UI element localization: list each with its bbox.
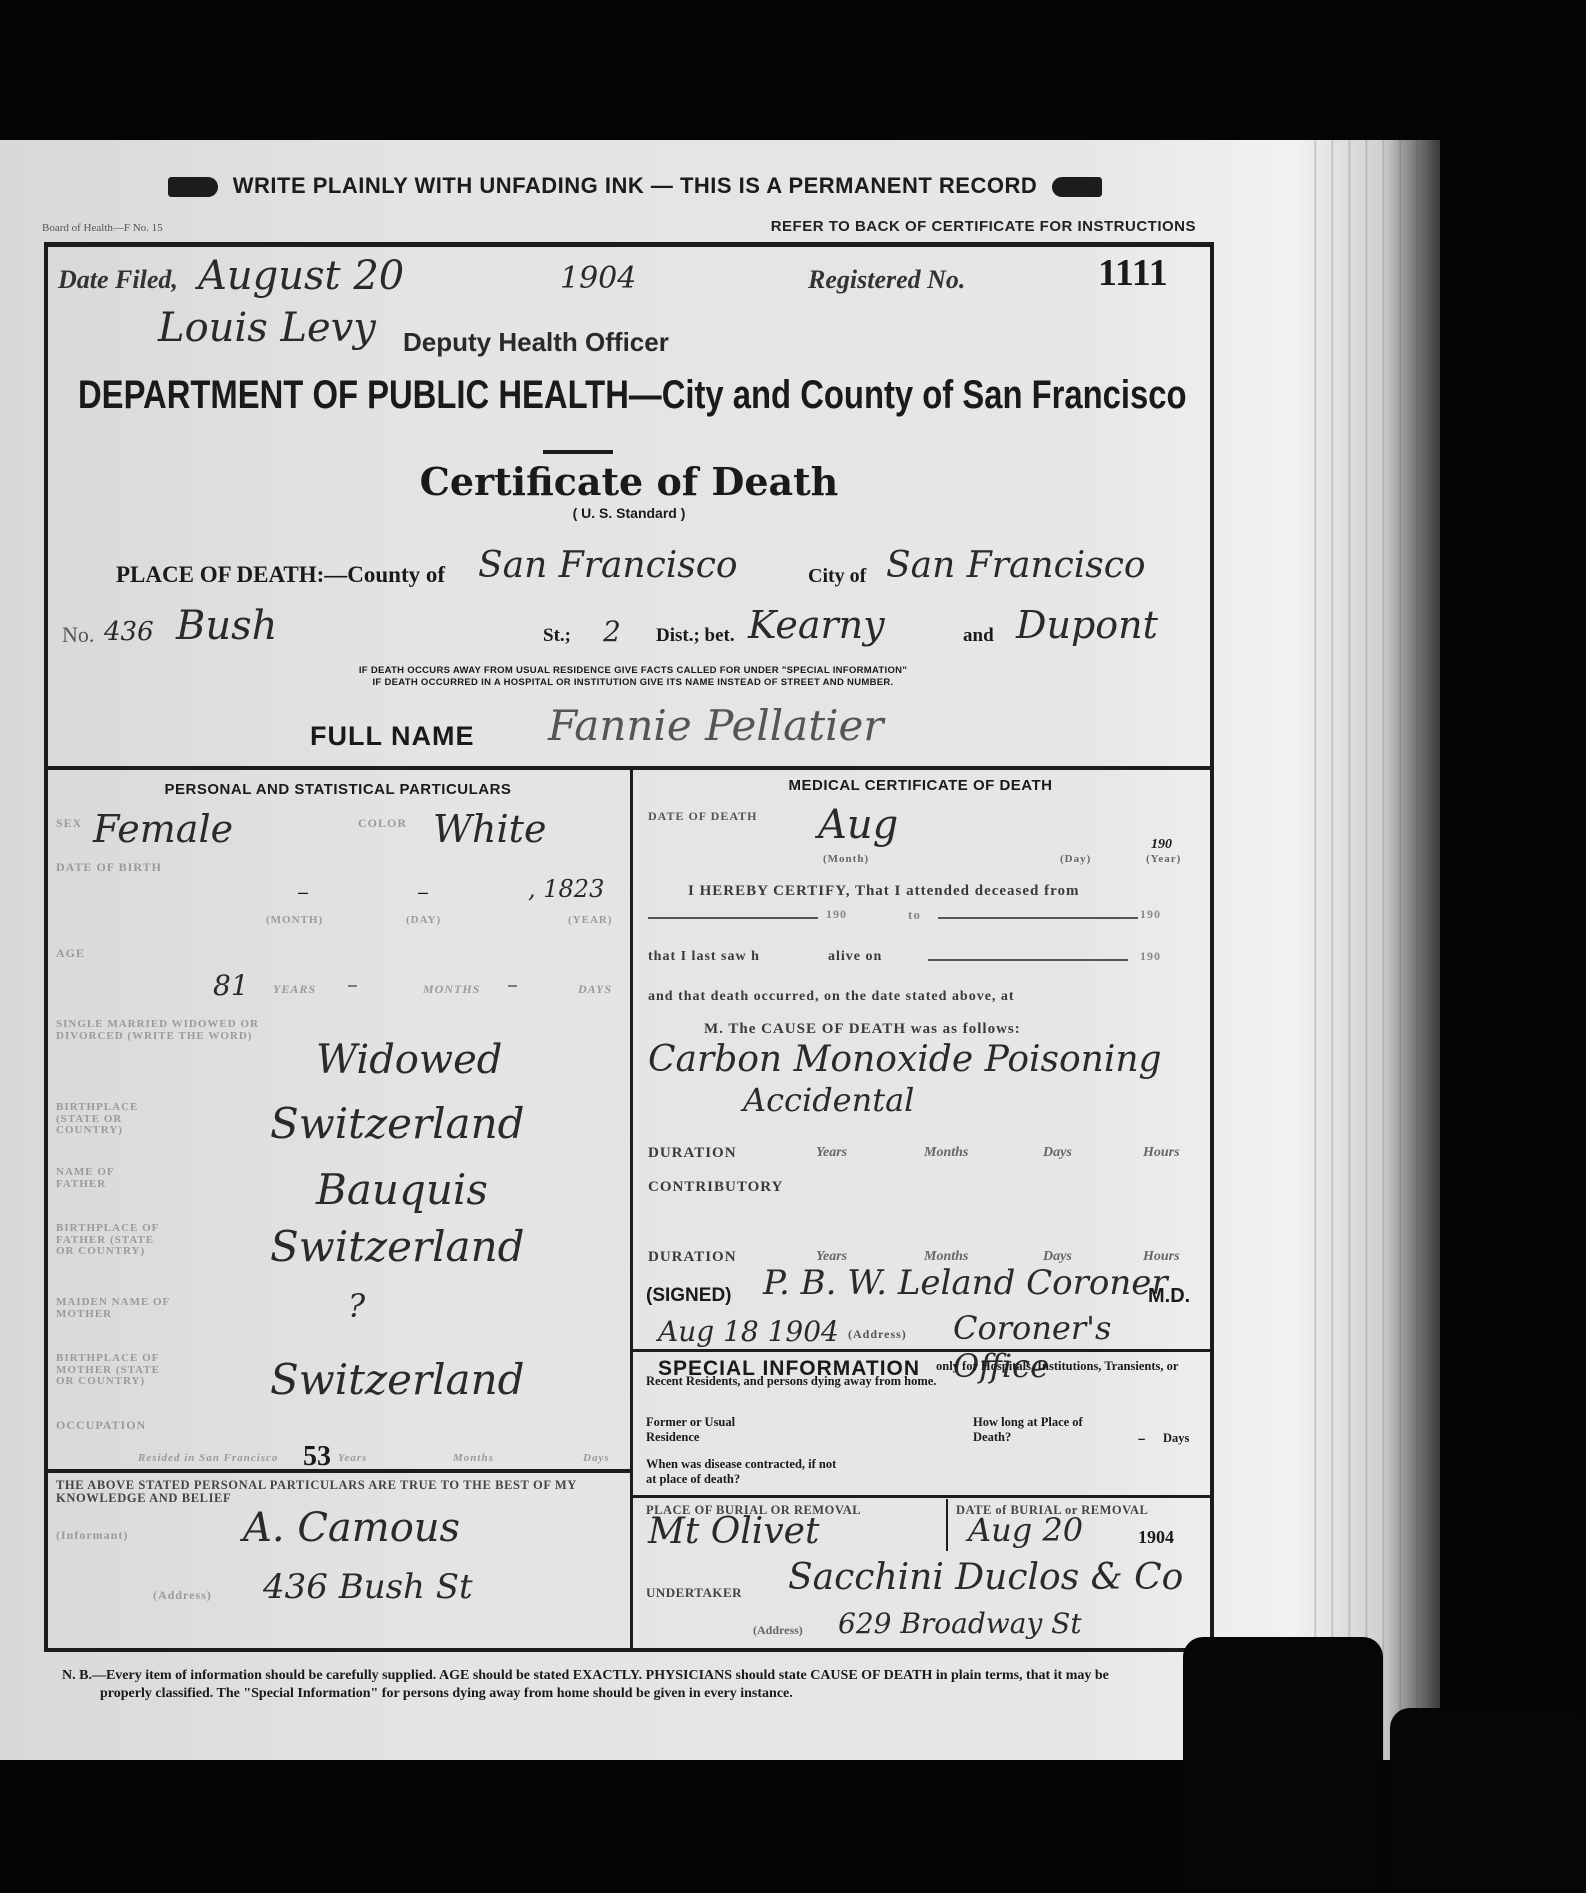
date-filed-label: Date Filed, bbox=[58, 265, 178, 295]
manner-of-death: Accidental bbox=[743, 1081, 914, 1119]
former-residence-label: Former or Usual Residence bbox=[646, 1415, 756, 1445]
special-divider bbox=[633, 1349, 1210, 1352]
informant-label: (Informant) bbox=[56, 1529, 128, 1542]
duration-days-label: Days bbox=[1043, 1145, 1072, 1161]
refer-instructions: REFER TO BACK OF CERTIFICATE FOR INSTRUC… bbox=[771, 218, 1196, 235]
county-value: San Francisco bbox=[478, 545, 738, 586]
father-name-value: Bauquis bbox=[316, 1165, 488, 1214]
age-months: – bbox=[348, 977, 357, 995]
marital-label: SINGLE MARRIED WIDOWED OR DIVORCED (Writ… bbox=[56, 1019, 276, 1042]
section-divider bbox=[48, 766, 1210, 770]
dist-label: Dist.; bet. bbox=[656, 625, 735, 647]
birthplace-label: BIRTHPLACE (State or Country) bbox=[56, 1102, 176, 1137]
age-days: – bbox=[508, 977, 517, 995]
sex-value: Female bbox=[93, 807, 233, 851]
signed-date: Aug 18 1904 bbox=[658, 1315, 839, 1348]
duration-label: DURATION bbox=[648, 1145, 737, 1162]
burial-year: 1904 bbox=[1138, 1527, 1174, 1548]
date-filed-year: 1904 bbox=[560, 261, 636, 296]
cause-of-death: Carbon Monoxide Poisoning bbox=[648, 1039, 1162, 1080]
age-months-label: Months bbox=[423, 983, 480, 996]
last-saw-label: that I last saw h bbox=[648, 949, 760, 965]
blank-line bbox=[928, 959, 1128, 961]
undertaker-name: Sacchini Duclos & Co bbox=[788, 1557, 1183, 1598]
burial-place: Mt Olivet bbox=[648, 1511, 819, 1552]
mother-maiden-value: ? bbox=[348, 1287, 365, 1325]
certificate-frame: Date Filed, August 20 1904 Registered No… bbox=[44, 242, 1214, 1652]
duration-hours-label: Hours bbox=[1143, 1145, 1180, 1161]
father-birthplace-label: BIRTHPLACE OF FATHER (State or Country) bbox=[56, 1223, 176, 1258]
divider bbox=[543, 450, 613, 454]
undertaker-label: UNDERTAKER bbox=[646, 1585, 742, 1601]
father-birthplace-value: Switzerland bbox=[270, 1222, 525, 1271]
between-street-2: Dupont bbox=[1016, 603, 1158, 647]
year-190-c: 190 bbox=[1140, 949, 1161, 964]
thumb-shadow bbox=[1390, 1708, 1586, 1893]
marital-value: Widowed bbox=[316, 1037, 502, 1083]
dob-day: – bbox=[418, 882, 428, 903]
dob-year: , 1823 bbox=[528, 875, 604, 903]
street-name: Bush bbox=[176, 603, 277, 649]
death-month: Aug bbox=[818, 802, 898, 848]
officer-title: Deputy Health Officer bbox=[403, 327, 669, 358]
father-name-label: NAME OF FATHER bbox=[56, 1167, 146, 1190]
color-label: COLOR bbox=[358, 817, 407, 830]
year-190-b: 190 bbox=[1140, 907, 1161, 922]
thumb-shadow bbox=[1183, 1637, 1383, 1893]
to-label: to bbox=[908, 907, 921, 923]
birthplace-value: Switzerland bbox=[270, 1099, 525, 1148]
street-no: 436 bbox=[104, 617, 154, 647]
year-190-a: 190 bbox=[826, 907, 847, 922]
informant-statement: THE ABOVE STATED PERSONAL PARTICULARS AR… bbox=[56, 1479, 616, 1505]
date-of-death-label: DATE OF DEATH bbox=[648, 809, 757, 824]
death-year-prefix: 190 bbox=[1151, 837, 1172, 853]
mother-birthplace-value: Switzerland bbox=[270, 1355, 525, 1404]
registered-no-label: Registered No. bbox=[808, 265, 965, 295]
pointing-hand-icon bbox=[168, 177, 218, 197]
permanent-record-notice: WRITE PLAINLY WITH UNFADING INK — THIS I… bbox=[95, 173, 1175, 199]
place-of-death-label: PLACE OF DEATH:—County of bbox=[116, 562, 445, 588]
certify-line: I HEREBY CERTIFY, That I attended deceas… bbox=[688, 883, 1080, 900]
certificate-title: Certificate of Death bbox=[48, 459, 1210, 504]
us-standard: ( U. S. Standard ) bbox=[48, 505, 1210, 521]
cause-label: M. The CAUSE OF DEATH was as follows: bbox=[704, 1021, 1021, 1038]
place-note: IF DEATH OCCURS AWAY FROM USUAL RESIDENC… bbox=[183, 665, 1083, 690]
death-year-label: (Year) bbox=[1146, 853, 1181, 865]
blank-line bbox=[938, 917, 1138, 919]
date-filed-value: August 20 bbox=[198, 253, 404, 299]
informant-address-label: (Address) bbox=[153, 1589, 212, 1602]
pointing-hand-icon bbox=[1052, 177, 1102, 197]
undertaker-address-label: (Address) bbox=[753, 1623, 803, 1638]
printer-mark: Board of Health—F No. 15 bbox=[42, 222, 163, 234]
death-day-label: (Day) bbox=[1060, 853, 1091, 865]
medical-heading: MEDICAL CERTIFICATE OF DEATH bbox=[633, 777, 1208, 794]
death-month-label: (Month) bbox=[823, 853, 869, 865]
and-label: and bbox=[963, 625, 994, 647]
how-long-value: – bbox=[1138, 1431, 1145, 1446]
city-value: San Francisco bbox=[886, 545, 1146, 586]
resided-label: Resided in San Francisco bbox=[138, 1453, 278, 1465]
age-days-label: Days bbox=[578, 983, 612, 996]
burial-divider bbox=[633, 1495, 1210, 1498]
resided-days-label: Days bbox=[583, 1453, 610, 1465]
contracted-label: When was disease contracted, if not at p… bbox=[646, 1457, 846, 1487]
resided-months-label: Months bbox=[453, 1453, 494, 1465]
age-label: AGE bbox=[56, 947, 85, 960]
md-label: M.D. bbox=[1148, 1285, 1190, 1308]
mother-birthplace-label: BIRTHPLACE OF MOTHER (State or Country) bbox=[56, 1353, 176, 1388]
signed-label: (SIGNED) bbox=[646, 1285, 732, 1307]
district-value: 2 bbox=[603, 615, 621, 648]
blank-line bbox=[648, 917, 818, 919]
column-divider bbox=[630, 766, 633, 1651]
duration-months-label: Months bbox=[924, 1145, 968, 1161]
undertaker-address: 629 Broadway St bbox=[838, 1607, 1082, 1640]
street-no-label: No. bbox=[62, 622, 94, 648]
alive-on-label: alive on bbox=[828, 949, 882, 965]
sex-label: SEX bbox=[56, 817, 82, 830]
how-long-label: How long at Place of Death? bbox=[973, 1415, 1093, 1445]
personal-heading: PERSONAL AND STATISTICAL PARTICULARS bbox=[48, 781, 628, 798]
duration-label-2: DURATION bbox=[648, 1249, 737, 1266]
contributory-label: CONTRIBUTORY bbox=[648, 1179, 783, 1196]
dob-label: DATE OF BIRTH bbox=[56, 861, 162, 874]
dob-month: – bbox=[298, 882, 308, 903]
age-years-label: Years bbox=[273, 983, 316, 996]
registered-no: 1111 bbox=[1098, 251, 1168, 295]
color-value: White bbox=[433, 807, 546, 851]
dob-day-label: (Day) bbox=[406, 915, 441, 927]
mother-maiden-label: MAIDEN NAME OF MOTHER bbox=[56, 1297, 186, 1320]
burial-column-divider bbox=[946, 1499, 948, 1551]
dob-year-label: (Year) bbox=[568, 915, 613, 927]
duration-years-label: Years bbox=[816, 1145, 847, 1161]
informant-name: A. Camous bbox=[243, 1505, 460, 1551]
dob-month-label: (Month) bbox=[266, 915, 323, 927]
informant-address: 436 Bush St bbox=[263, 1567, 473, 1607]
full-name-value: Fannie Pellatier bbox=[548, 701, 883, 750]
full-name-label: FULL NAME bbox=[310, 721, 475, 752]
physician-signature: P. B. W. Leland Coroner bbox=[763, 1263, 1168, 1303]
informant-divider bbox=[48, 1469, 630, 1473]
occupation-label: OCCUPATION bbox=[56, 1419, 146, 1432]
footnote: N. B.—Every item of information should b… bbox=[62, 1667, 1160, 1703]
department-title: DEPARTMENT OF PUBLIC HEALTH—City and Cou… bbox=[78, 373, 980, 418]
how-long-days-label: Days bbox=[1163, 1431, 1189, 1446]
officer-signature: Louis Levy bbox=[158, 305, 376, 351]
book-binding bbox=[1300, 140, 1440, 1760]
resided-years-label: Years bbox=[338, 1453, 367, 1465]
city-label: City of bbox=[808, 565, 866, 588]
burial-date: Aug 20 bbox=[968, 1511, 1083, 1549]
physician-address-label: (Address) bbox=[848, 1327, 907, 1342]
st-label: St.; bbox=[543, 625, 571, 647]
age-years: 81 bbox=[213, 969, 249, 1002]
death-occurred-line: and that death occurred, on the date sta… bbox=[648, 989, 1015, 1005]
special-note: only for Hospitals, Institutions, Transi… bbox=[646, 1359, 1206, 1389]
between-street-1: Kearny bbox=[748, 603, 885, 647]
